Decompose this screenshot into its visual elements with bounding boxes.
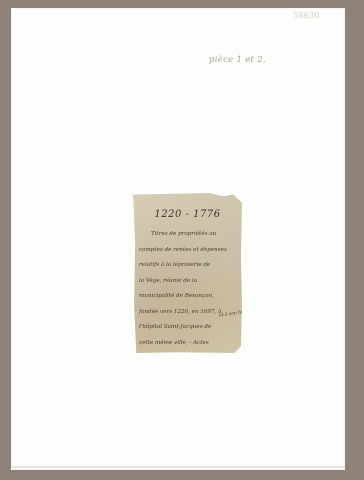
manuscript-line: l'hôpital Saint-Jacques de [139, 320, 239, 336]
manuscript-fragment: 1220 - 1776 Titres de propriétés ou comp… [133, 193, 242, 353]
manuscript-line: cette même ville, - Actes [139, 336, 239, 352]
manuscript-line: Titres de propriétés ou [139, 227, 239, 243]
sheet-bottom-edge [11, 466, 345, 468]
manuscript-line: la Vège, réunie de la [139, 274, 239, 290]
manuscript-line: municipalité de Besançon, [139, 289, 239, 305]
manuscript-line: comptes de rentes et dépenses [139, 243, 239, 259]
manuscript-date-range: 1220 - 1776 [133, 209, 242, 220]
catalog-number: 56630 [293, 11, 320, 20]
manuscript-line: relatifs à la léproserie de [139, 258, 239, 274]
piece-annotation: pièce 1 et 2. [209, 55, 266, 65]
